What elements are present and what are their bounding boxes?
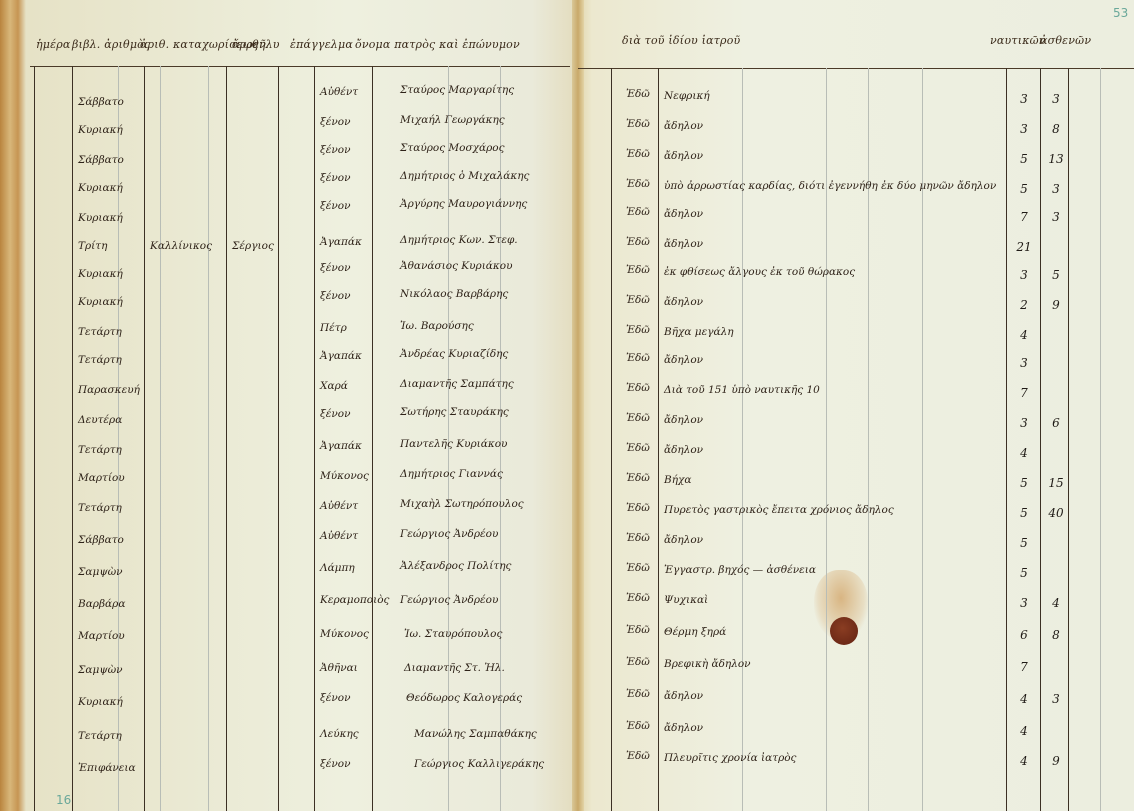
- occupation-cell: ξένον: [320, 262, 351, 274]
- name-cell: Ἀλέξανδρος Πολίτης: [400, 560, 511, 572]
- place-cell: Ἐδῶ: [626, 88, 650, 100]
- occupation-cell: ξένον: [320, 172, 351, 184]
- sailors-count: 3: [1014, 416, 1034, 430]
- day-cell: Κυριακή: [78, 182, 123, 194]
- remark-cell: Βρεφικὴ ἄδηλον: [664, 658, 751, 670]
- faint-rule: [160, 66, 161, 811]
- name-cell: Παντελῆς Κυριάκου: [400, 438, 507, 450]
- header-occupation: ἐπάγγελμα: [290, 38, 353, 51]
- sailors-count: 5: [1014, 182, 1034, 196]
- name-cell: Ἀθανάσιος Κυριάκου: [400, 260, 513, 272]
- remark-cell: Νεφρική: [664, 90, 710, 102]
- name-cell: Νικόλαος Βαρβάρης: [400, 288, 508, 300]
- day-cell: Παρασκευή: [78, 384, 140, 396]
- column-rule: [1006, 68, 1007, 811]
- occupation-cell: Ἀγαπάκ: [320, 440, 362, 452]
- occupation-cell: Ἀγαπάκ: [320, 350, 362, 362]
- remark-cell: Θέρμη ξηρά: [664, 626, 726, 638]
- sailors-count: 5: [1014, 476, 1034, 490]
- remark-cell: Πυρετὸς γαστρικὸς ἔπειτα χρόνιος ἄδηλος: [664, 504, 894, 516]
- place-cell: Ἐδῶ: [626, 720, 650, 732]
- day-cell: Μαρτίου: [78, 630, 125, 642]
- sailors-count: 5: [1014, 566, 1034, 580]
- day-cell: Κυριακή: [78, 696, 123, 708]
- sick-count: 8: [1046, 122, 1066, 136]
- sick-count: 6: [1046, 416, 1066, 430]
- header-female: θῆλυ: [252, 38, 280, 51]
- column-rule: [72, 66, 73, 811]
- day-cell: Μαρτίου: [78, 472, 125, 484]
- name-cell: Ἰω. Σταυρόπουλος: [404, 628, 502, 640]
- sailors-count: 2: [1014, 298, 1034, 312]
- name-cell: Θεόδωρος Καλογεράς: [406, 692, 522, 704]
- occupation-cell: ξένον: [320, 144, 351, 156]
- remark-cell: Διὰ τοῦ 151 ὑπὸ ναυτικῆς 10: [664, 384, 820, 396]
- place-cell: Ἐδῶ: [626, 236, 650, 248]
- name-cell: Ἰω. Βαρούσης: [400, 320, 474, 332]
- sailors-count: 6: [1014, 628, 1034, 642]
- name-cell: Μιχαήλ Γεωργάκης: [400, 114, 505, 126]
- header-rule-right: [578, 68, 1134, 69]
- remark-cell: ἄδηλον: [664, 208, 703, 220]
- name-cell: Γεώργιος Ἀνδρέου: [400, 594, 498, 606]
- day-cell: Τετάρτη: [78, 730, 122, 742]
- column-rule: [144, 66, 145, 811]
- remark-cell: ἄδηλον: [664, 354, 703, 366]
- occupation-cell: Κεραμοποιὸς: [320, 594, 389, 606]
- sailors-count: 7: [1014, 660, 1034, 674]
- day-cell: Σάββατο: [78, 154, 124, 166]
- name-cell: Μιχαὴλ Σωτηρόπουλος: [400, 498, 524, 510]
- remark-cell: ἄδηλον: [664, 722, 703, 734]
- sailors-count: 4: [1014, 724, 1034, 738]
- sailors-count: 3: [1014, 268, 1034, 282]
- name-cell: Σταύρος Μαργαρίτης: [400, 84, 514, 96]
- place-cell: Ἐδῶ: [626, 442, 650, 454]
- occupation-cell: Μύκονος: [320, 628, 369, 640]
- occupation-cell: ξένον: [320, 200, 351, 212]
- name-cell: Ἀνδρέας Κυριαζίδης: [400, 348, 508, 360]
- name-cell: Σωτήρης Σταυράκης: [400, 406, 509, 418]
- sick-count: 4: [1046, 596, 1066, 610]
- day-cell: Σάββατο: [78, 534, 124, 546]
- day-cell: Τετάρτη: [78, 326, 122, 338]
- day-cell: Σάββατο: [78, 96, 124, 108]
- place-cell: Ἐδῶ: [626, 148, 650, 160]
- occupation-cell: Πέτρ: [320, 322, 347, 334]
- sailors-count: 4: [1014, 754, 1034, 768]
- name-cell: Σταύρος Μοσχάρος: [400, 142, 505, 154]
- remark-cell: Πλευρῖτις χρονία ἰατρὸς: [664, 752, 796, 764]
- place-cell: Ἐδῶ: [626, 412, 650, 424]
- entry-cell: Σέργιος: [232, 240, 274, 252]
- name-cell: Διαμαντῆς Στ. Ἠλ.: [404, 662, 505, 674]
- sailors-count: 3: [1014, 122, 1034, 136]
- occupation-cell: ξένον: [320, 116, 351, 128]
- header-sick: ἀσθενῶν: [1040, 34, 1091, 47]
- book-number-cell: Καλλίνικος: [150, 240, 212, 252]
- column-rule: [1040, 68, 1041, 811]
- day-cell: Κυριακή: [78, 212, 123, 224]
- place-cell: Ἐδῶ: [626, 592, 650, 604]
- day-cell: Κυριακή: [78, 124, 123, 136]
- place-cell: Ἐδῶ: [626, 750, 650, 762]
- column-rule: [226, 66, 227, 811]
- faint-rule: [208, 66, 209, 811]
- sailors-count: 5: [1014, 536, 1034, 550]
- day-cell: Τετάρτη: [78, 354, 122, 366]
- remark-cell: Ψυχικαὶ: [664, 594, 708, 606]
- place-cell: Ἐδῶ: [626, 294, 650, 306]
- day-cell: Ἐπιφάνεια: [78, 762, 136, 774]
- place-cell: Ἐδῶ: [626, 324, 650, 336]
- day-cell: Τρίτη: [78, 240, 107, 252]
- sailors-count: 4: [1014, 692, 1034, 706]
- remark-cell: ἄδηλον: [664, 690, 703, 702]
- column-rule: [658, 68, 659, 811]
- occupation-cell: Χαρά: [320, 380, 348, 392]
- sick-count: 8: [1046, 628, 1066, 642]
- name-cell: Γεώργιος Ἀνδρέου: [400, 528, 498, 540]
- occupation-cell: Αὐθέντ: [320, 530, 358, 542]
- header-rule-left: [30, 66, 570, 67]
- occupation-cell: ξένον: [320, 758, 351, 770]
- sick-count: 3: [1046, 210, 1066, 224]
- occupation-cell: ξένον: [320, 692, 351, 704]
- sailors-count: 3: [1014, 596, 1034, 610]
- day-cell: Βαρβάρα: [78, 598, 125, 610]
- place-cell: Ἐδῶ: [626, 118, 650, 130]
- name-cell: Δημήτριος Κων. Στεφ.: [400, 234, 518, 246]
- header-sailors: ναυτικῶν: [990, 34, 1046, 47]
- remark-cell: ὑπὸ ἀρρωστίας καρδίας, διότι ἐγεννήθη ἐκ…: [664, 180, 996, 192]
- sick-count: 15: [1046, 476, 1066, 490]
- name-cell: Ἀργύρης Μαυρογιάννης: [400, 198, 527, 210]
- place-cell: Ἐδῶ: [626, 656, 650, 668]
- header-book-number: βιβλ. ἀριθμὸς: [72, 38, 150, 51]
- header-day: ἡμέρα: [36, 38, 71, 51]
- occupation-cell: Λάμπη: [320, 562, 355, 574]
- sailors-count: 4: [1014, 328, 1034, 342]
- header-physician: διὰ τοῦ ἰδίου ἰατροῦ: [622, 34, 740, 47]
- sick-count: 3: [1046, 182, 1066, 196]
- page-number-left: 16: [56, 793, 71, 807]
- sick-count: 3: [1046, 692, 1066, 706]
- remark-cell: ἄδηλον: [664, 444, 703, 456]
- faint-rule: [1100, 68, 1101, 811]
- occupation-cell: Αὐθέντ: [320, 86, 358, 98]
- remark-cell: ἄδηλον: [664, 120, 703, 132]
- name-cell: Διαμαντῆς Σαμπάτης: [400, 378, 514, 390]
- occupation-cell: Ἀγαπάκ: [320, 236, 362, 248]
- place-cell: Ἐδῶ: [626, 472, 650, 484]
- name-cell: Μανώλης Σαμπαθάκης: [414, 728, 537, 740]
- column-rule: [314, 66, 315, 811]
- sailors-count: 4: [1014, 446, 1034, 460]
- sailors-count: 5: [1014, 506, 1034, 520]
- day-cell: Κυριακή: [78, 268, 123, 280]
- place-cell: Ἐδῶ: [626, 532, 650, 544]
- sick-count: 13: [1046, 152, 1066, 166]
- name-cell: Δημήτριος Γιαννάς: [400, 468, 503, 480]
- column-rule: [1068, 68, 1069, 811]
- name-cell: Γεώργιος Καλλιγεράκης: [414, 758, 544, 770]
- column-rule: [278, 66, 279, 811]
- occupation-cell: ξένον: [320, 290, 351, 302]
- day-cell: Σαμψὼν: [78, 664, 123, 676]
- header-father-name: ὄνομα πατρὸς καὶ ἐπώνυμον: [355, 38, 520, 51]
- place-cell: Ἐδῶ: [626, 178, 650, 190]
- occupation-cell: Αὐθέντ: [320, 500, 358, 512]
- sick-count: 9: [1046, 754, 1066, 768]
- sailors-count: 21: [1014, 240, 1034, 254]
- sailors-count: 3: [1014, 92, 1034, 106]
- page-number-right: 53: [1113, 6, 1128, 20]
- sailors-count: 5: [1014, 152, 1034, 166]
- remark-cell: Βῆχα μεγάλη: [664, 326, 734, 338]
- sailors-count: 7: [1014, 386, 1034, 400]
- place-cell: Ἐδῶ: [626, 688, 650, 700]
- column-rule: [34, 66, 35, 811]
- place-cell: Ἐδῶ: [626, 352, 650, 364]
- place-cell: Ἐδῶ: [626, 502, 650, 514]
- place-cell: Ἐδῶ: [626, 382, 650, 394]
- remark-cell: Ἐγγαστρ. βηχός — ἀσθένεια: [664, 564, 816, 576]
- sick-count: 9: [1046, 298, 1066, 312]
- column-rule: [611, 68, 612, 811]
- remark-cell: ἐκ φθίσεως ἄλγους ἐκ τοῦ θώρακος: [664, 266, 855, 278]
- place-cell: Ἐδῶ: [626, 206, 650, 218]
- column-rule: [372, 66, 373, 811]
- occupation-cell: Λεύκης: [320, 728, 359, 740]
- day-cell: Τετάρτη: [78, 502, 122, 514]
- sick-count: 5: [1046, 268, 1066, 282]
- day-cell: Δευτέρα: [78, 414, 122, 426]
- place-cell: Ἐδῶ: [626, 562, 650, 574]
- ledger-spread: 53 16 ἡμέρα βιβλ. ἀριθμὸς ἀριθ. καταχωρί…: [0, 0, 1134, 811]
- remark-cell: ἄδηλον: [664, 296, 703, 308]
- book-gutter: [572, 0, 584, 811]
- sick-count: 3: [1046, 92, 1066, 106]
- day-cell: Κυριακή: [78, 296, 123, 308]
- remark-cell: ἄδηλον: [664, 238, 703, 250]
- sick-count: 40: [1046, 506, 1066, 520]
- occupation-cell: Μύκονος: [320, 470, 369, 482]
- remark-cell: ἄδηλον: [664, 534, 703, 546]
- sailors-count: 7: [1014, 210, 1034, 224]
- remark-cell: ἄδηλον: [664, 414, 703, 426]
- name-cell: Δημήτριος ὁ Μιχαλάκης: [400, 170, 529, 182]
- occupation-cell: Ἀθῆναι: [320, 662, 358, 674]
- place-cell: Ἐδῶ: [626, 624, 650, 636]
- sailors-count: 3: [1014, 356, 1034, 370]
- day-cell: Τετάρτη: [78, 444, 122, 456]
- place-cell: Ἐδῶ: [626, 264, 650, 276]
- ink-blot: [830, 617, 858, 645]
- occupation-cell: ξένον: [320, 408, 351, 420]
- remark-cell: Βήχα: [664, 474, 691, 486]
- remark-cell: ἄδηλον: [664, 150, 703, 162]
- day-cell: Σαμψὼν: [78, 566, 123, 578]
